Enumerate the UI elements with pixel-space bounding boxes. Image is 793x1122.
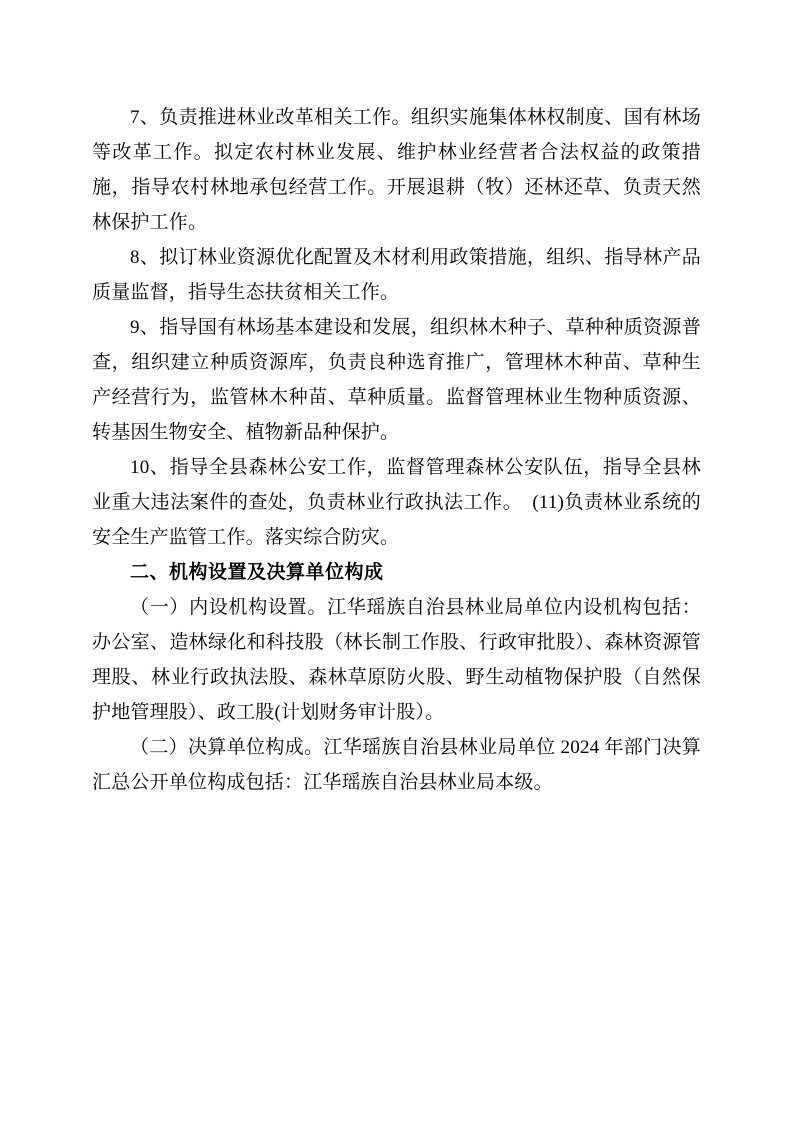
paragraph-duty-9: 9、指导国有林场基本建设和发展，组织林木种子、草种种质资源普查，组织建立种质资源…	[92, 310, 701, 450]
paragraph-unit-composition: （二）决算单位构成。江华瑶族自治县林业局单位 2024 年部门决算汇总公开单位构…	[92, 730, 701, 800]
document-content: 7、负责推进林业改革相关工作。组织实施集体林权制度、国有林场等改革工作。拟定农村…	[92, 100, 701, 800]
paragraph-duty-10-11: 10、指导全县森林公安工作，监督管理森林公安队伍，指导全县林业重大违法案件的查处…	[92, 450, 701, 555]
section-heading-organization: 二、机构设置及决算单位构成	[92, 555, 701, 590]
paragraph-duty-8: 8、拟订林业资源优化配置及木材利用政策措施，组织、指导林产品质量监督，指导生态扶…	[92, 240, 701, 310]
paragraph-duty-7: 7、负责推进林业改革相关工作。组织实施集体林权制度、国有林场等改革工作。拟定农村…	[92, 100, 701, 240]
document-page: 7、负责推进林业改革相关工作。组织实施集体林权制度、国有林场等改革工作。拟定农村…	[0, 0, 793, 1122]
paragraph-internal-org-setup: （一）内设机构设置。江华瑶族自治县林业局单位内设机构包括：办公室、造林绿化和科技…	[92, 590, 701, 730]
